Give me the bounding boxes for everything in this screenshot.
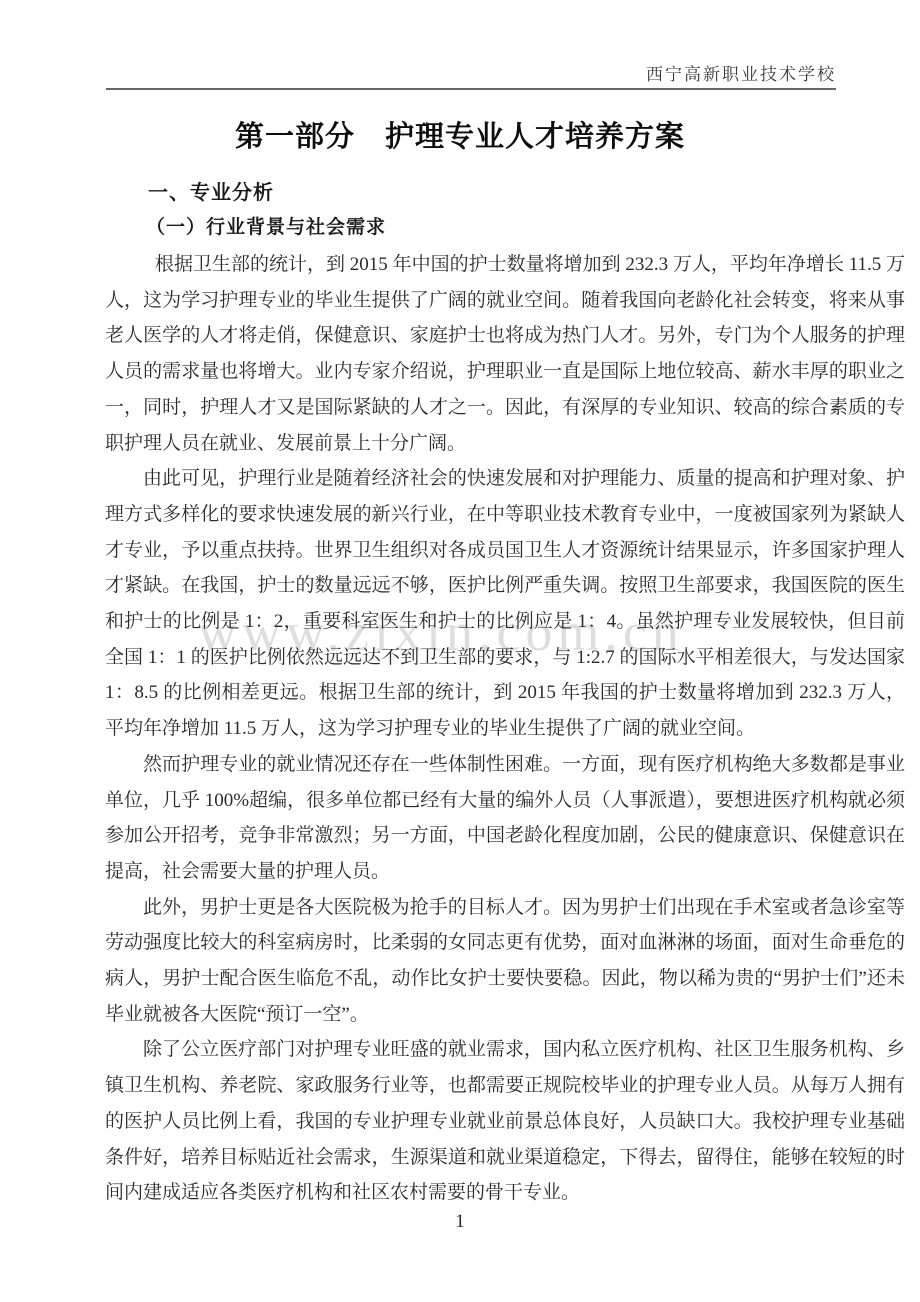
paragraph-industry-stats: 根据卫生部的统计，到 2015 年中国的护士数量将增加到 232.3 万人，平均… <box>105 247 905 461</box>
page-number: 1 <box>0 1211 920 1233</box>
paragraph-male-nurses: 此外，男护士更是各大医院极为抢手的目标人才。因为男护士们出现在手术室或者急诊室等… <box>105 890 905 1033</box>
section-heading: 一、专业分析 <box>148 176 274 205</box>
document-page: 西宁高新职业技术学校 第一部分 护理专业人才培养方案 一、专业分析 （一）行业背… <box>0 0 920 1302</box>
page-header: 西宁高新职业技术学校 <box>106 60 836 85</box>
paragraph-employment-difficulties: 然而护理专业的就业情况还存在一些体制性困难。一方面，现有医疗机构绝大多数都是事业… <box>105 747 905 890</box>
subsection-heading: （一）行业背景与社会需求 <box>146 212 386 239</box>
header-divider <box>106 88 836 90</box>
document-body: 根据卫生部的统计，到 2015 年中国的护士数量将增加到 232.3 万人，平均… <box>105 247 905 1211</box>
header-school-name: 西宁高新职业技术学校 <box>646 65 836 84</box>
paragraph-employment-outlook: 除了公立医疗部门对护理专业旺盛的就业需求，国内私立医疗机构、社区卫生服务机构、乡… <box>105 1032 905 1211</box>
page-title: 第一部分 护理专业人才培养方案 <box>0 114 920 155</box>
paragraph-industry-development: 由此可见，护理行业是随着经济社会的快速发展和对护理能力、质量的提高和护理对象、护… <box>105 461 905 747</box>
